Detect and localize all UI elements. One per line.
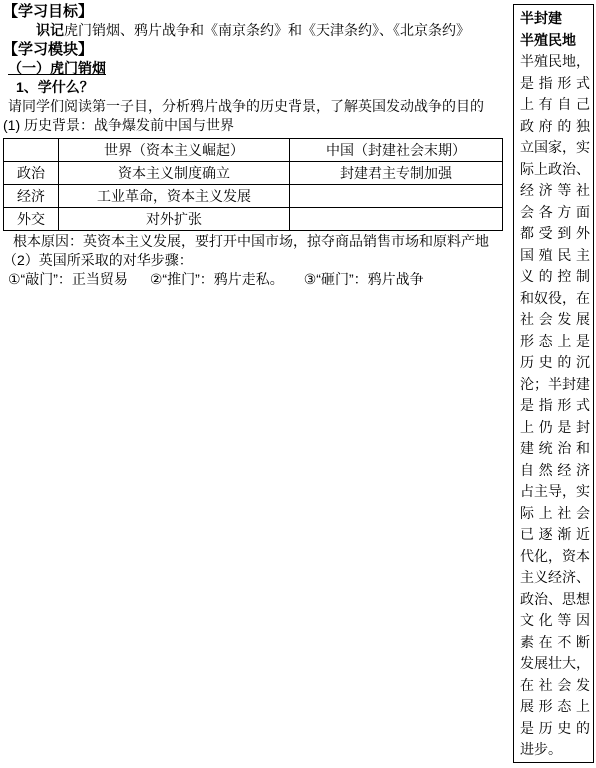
sidebar-body-line: 素在不断 <box>520 632 590 654</box>
sidebar-body-line: 和奴役，在 <box>520 288 590 310</box>
cell-world: 工业革命，资本主义发展 <box>59 185 290 208</box>
sidebar-note-semicolonial: 半封建 半殖民地 半殖民地，是指形式上有自己政府的独立国家，实际上政治、经济等社… <box>513 4 594 763</box>
cell-china <box>290 208 503 231</box>
sidebar-body-line: 经济等社 <box>520 180 590 202</box>
header-cell-empty <box>4 139 59 162</box>
sidebar-body-line: 国殖民主 <box>520 245 590 267</box>
sidebar-body-line: 占主导，实 <box>520 481 590 503</box>
steps-line: ①“敲门”：正当贸易②“推门”：鸦片走私。③“砸门”：鸦片战争 <box>3 270 512 289</box>
sidebar-body-line: 际上社会 <box>520 503 590 525</box>
sidebar-body-line: 会各方面 <box>520 202 590 224</box>
sidebar-body-line: 是指形式 <box>520 73 590 95</box>
sidebar-body-line: 沦；半封建 <box>520 374 590 396</box>
sidebar-body-line: 是历史的 <box>520 718 590 740</box>
sidebar-body-line: 自然经济 <box>520 460 590 482</box>
objective-line: 识记虎门销烟、鸦片战争和《南京条约》和《天津条约》、《北京条约》 <box>3 21 512 40</box>
row-label: 政治 <box>4 162 59 185</box>
sidebar-body-line: 历史的沉 <box>520 352 590 374</box>
sidebar-body-line: 进步。 <box>520 739 590 761</box>
sidebar-heading-semicolonial: 半殖民地 <box>520 30 590 52</box>
worksheet-page: 【学习目标】 识记虎门销烟、鸦片战争和《南京条约》和《天津条约》、《北京条约》 … <box>0 0 596 768</box>
section-title-learning-goals: 【学习目标】 <box>3 2 512 21</box>
sidebar-heading-semifeudal: 半封建 <box>520 8 590 30</box>
row-label: 经济 <box>4 185 59 208</box>
sidebar-body-line: 上仍是封 <box>520 417 590 439</box>
table-row: 外交 对外扩张 <box>4 208 503 231</box>
sidebar-body-line: 上有自己 <box>520 94 590 116</box>
cell-china <box>290 185 503 208</box>
objective-lead: 识记 <box>36 22 64 38</box>
sidebar-body-line: 社会发展 <box>520 309 590 331</box>
background-label: (1) 历史背景：战争爆发前中国与世界 <box>3 116 512 135</box>
sidebar-body-text: 半殖民地，是指形式上有自己政府的独立国家，实际上政治、经济等社会各方面都受到外国… <box>520 51 590 761</box>
background-comparison-table: 世界（资本主义崛起） 中国（封建社会末期） 政治 资本主义制度确立 封建君主专制… <box>3 138 503 231</box>
instruction-line: 请同学们阅读第一子目，分析鸦片战争的历史背景，了解英国发动战争的目的 <box>3 97 512 116</box>
sidebar-body-line: 都受到外 <box>520 223 590 245</box>
sidebar-body-line: 立国家，实 <box>520 137 590 159</box>
sidebar-body-line: 文化等因 <box>520 610 590 632</box>
header-cell-world: 世界（资本主义崛起） <box>59 139 290 162</box>
sidebar-body-line: 义的控制 <box>520 266 590 288</box>
sidebar-body-line: 主义经济、 <box>520 567 590 589</box>
sidebar-body-line: 建统治和 <box>520 438 590 460</box>
header-cell-china: 中国（封建社会末期） <box>290 139 503 162</box>
sidebar-body-line: 形态上是 <box>520 331 590 353</box>
objective-text: 虎门销烟、鸦片战争和《南京条约》和《天津条约》、《北京条约》 <box>64 22 470 38</box>
sidebar-body-line: 政府的独 <box>520 116 590 138</box>
sidebar-body-line: 代化，资本 <box>520 546 590 568</box>
table-row: 政治 资本主义制度确立 封建君主专制加强 <box>4 162 503 185</box>
subsection-title-humen: （一）虎门销烟 <box>8 60 106 76</box>
cell-world: 资本主义制度确立 <box>59 162 290 185</box>
step-smash-door: ③“砸门”：鸦片战争 <box>304 270 424 289</box>
section-title-learning-modules: 【学习模块】 <box>3 40 512 59</box>
root-cause-line: 根本原因：英资本主义发展，要打开中国市场，掠夺商品销售市场和原料产地 <box>3 232 512 251</box>
steps-label: （2）英国所采取的对华步骤： <box>3 251 512 270</box>
sidebar-body-line: 际上政治、 <box>520 159 590 181</box>
step-push-door: ②“推门”：鸦片走私。 <box>150 270 284 289</box>
sidebar-body-line: 已逐渐近 <box>520 524 590 546</box>
sidebar-body-line: 政治、思想 <box>520 589 590 611</box>
table-row: 经济 工业革命，资本主义发展 <box>4 185 503 208</box>
sidebar-body-line: 展形态上 <box>520 696 590 718</box>
sidebar-body-line: 在社会发 <box>520 675 590 697</box>
table-header-row: 世界（资本主义崛起） 中国（封建社会末期） <box>4 139 503 162</box>
question-heading: 1、学什么？ <box>3 78 512 97</box>
step-knock-door: ①“敲门”：正当贸易 <box>8 270 128 289</box>
cell-world: 对外扩张 <box>59 208 290 231</box>
sidebar-body-line: 发展壮大， <box>520 653 590 675</box>
main-content: 【学习目标】 识记虎门销烟、鸦片战争和《南京条约》和《天津条约》、《北京条约》 … <box>3 2 512 289</box>
row-label: 外交 <box>4 208 59 231</box>
sidebar-body-line: 半殖民地， <box>520 51 590 73</box>
subsection-line: （一）虎门销烟 <box>3 59 512 78</box>
cell-china: 封建君主专制加强 <box>290 162 503 185</box>
sidebar-body-line: 是指形式 <box>520 395 590 417</box>
